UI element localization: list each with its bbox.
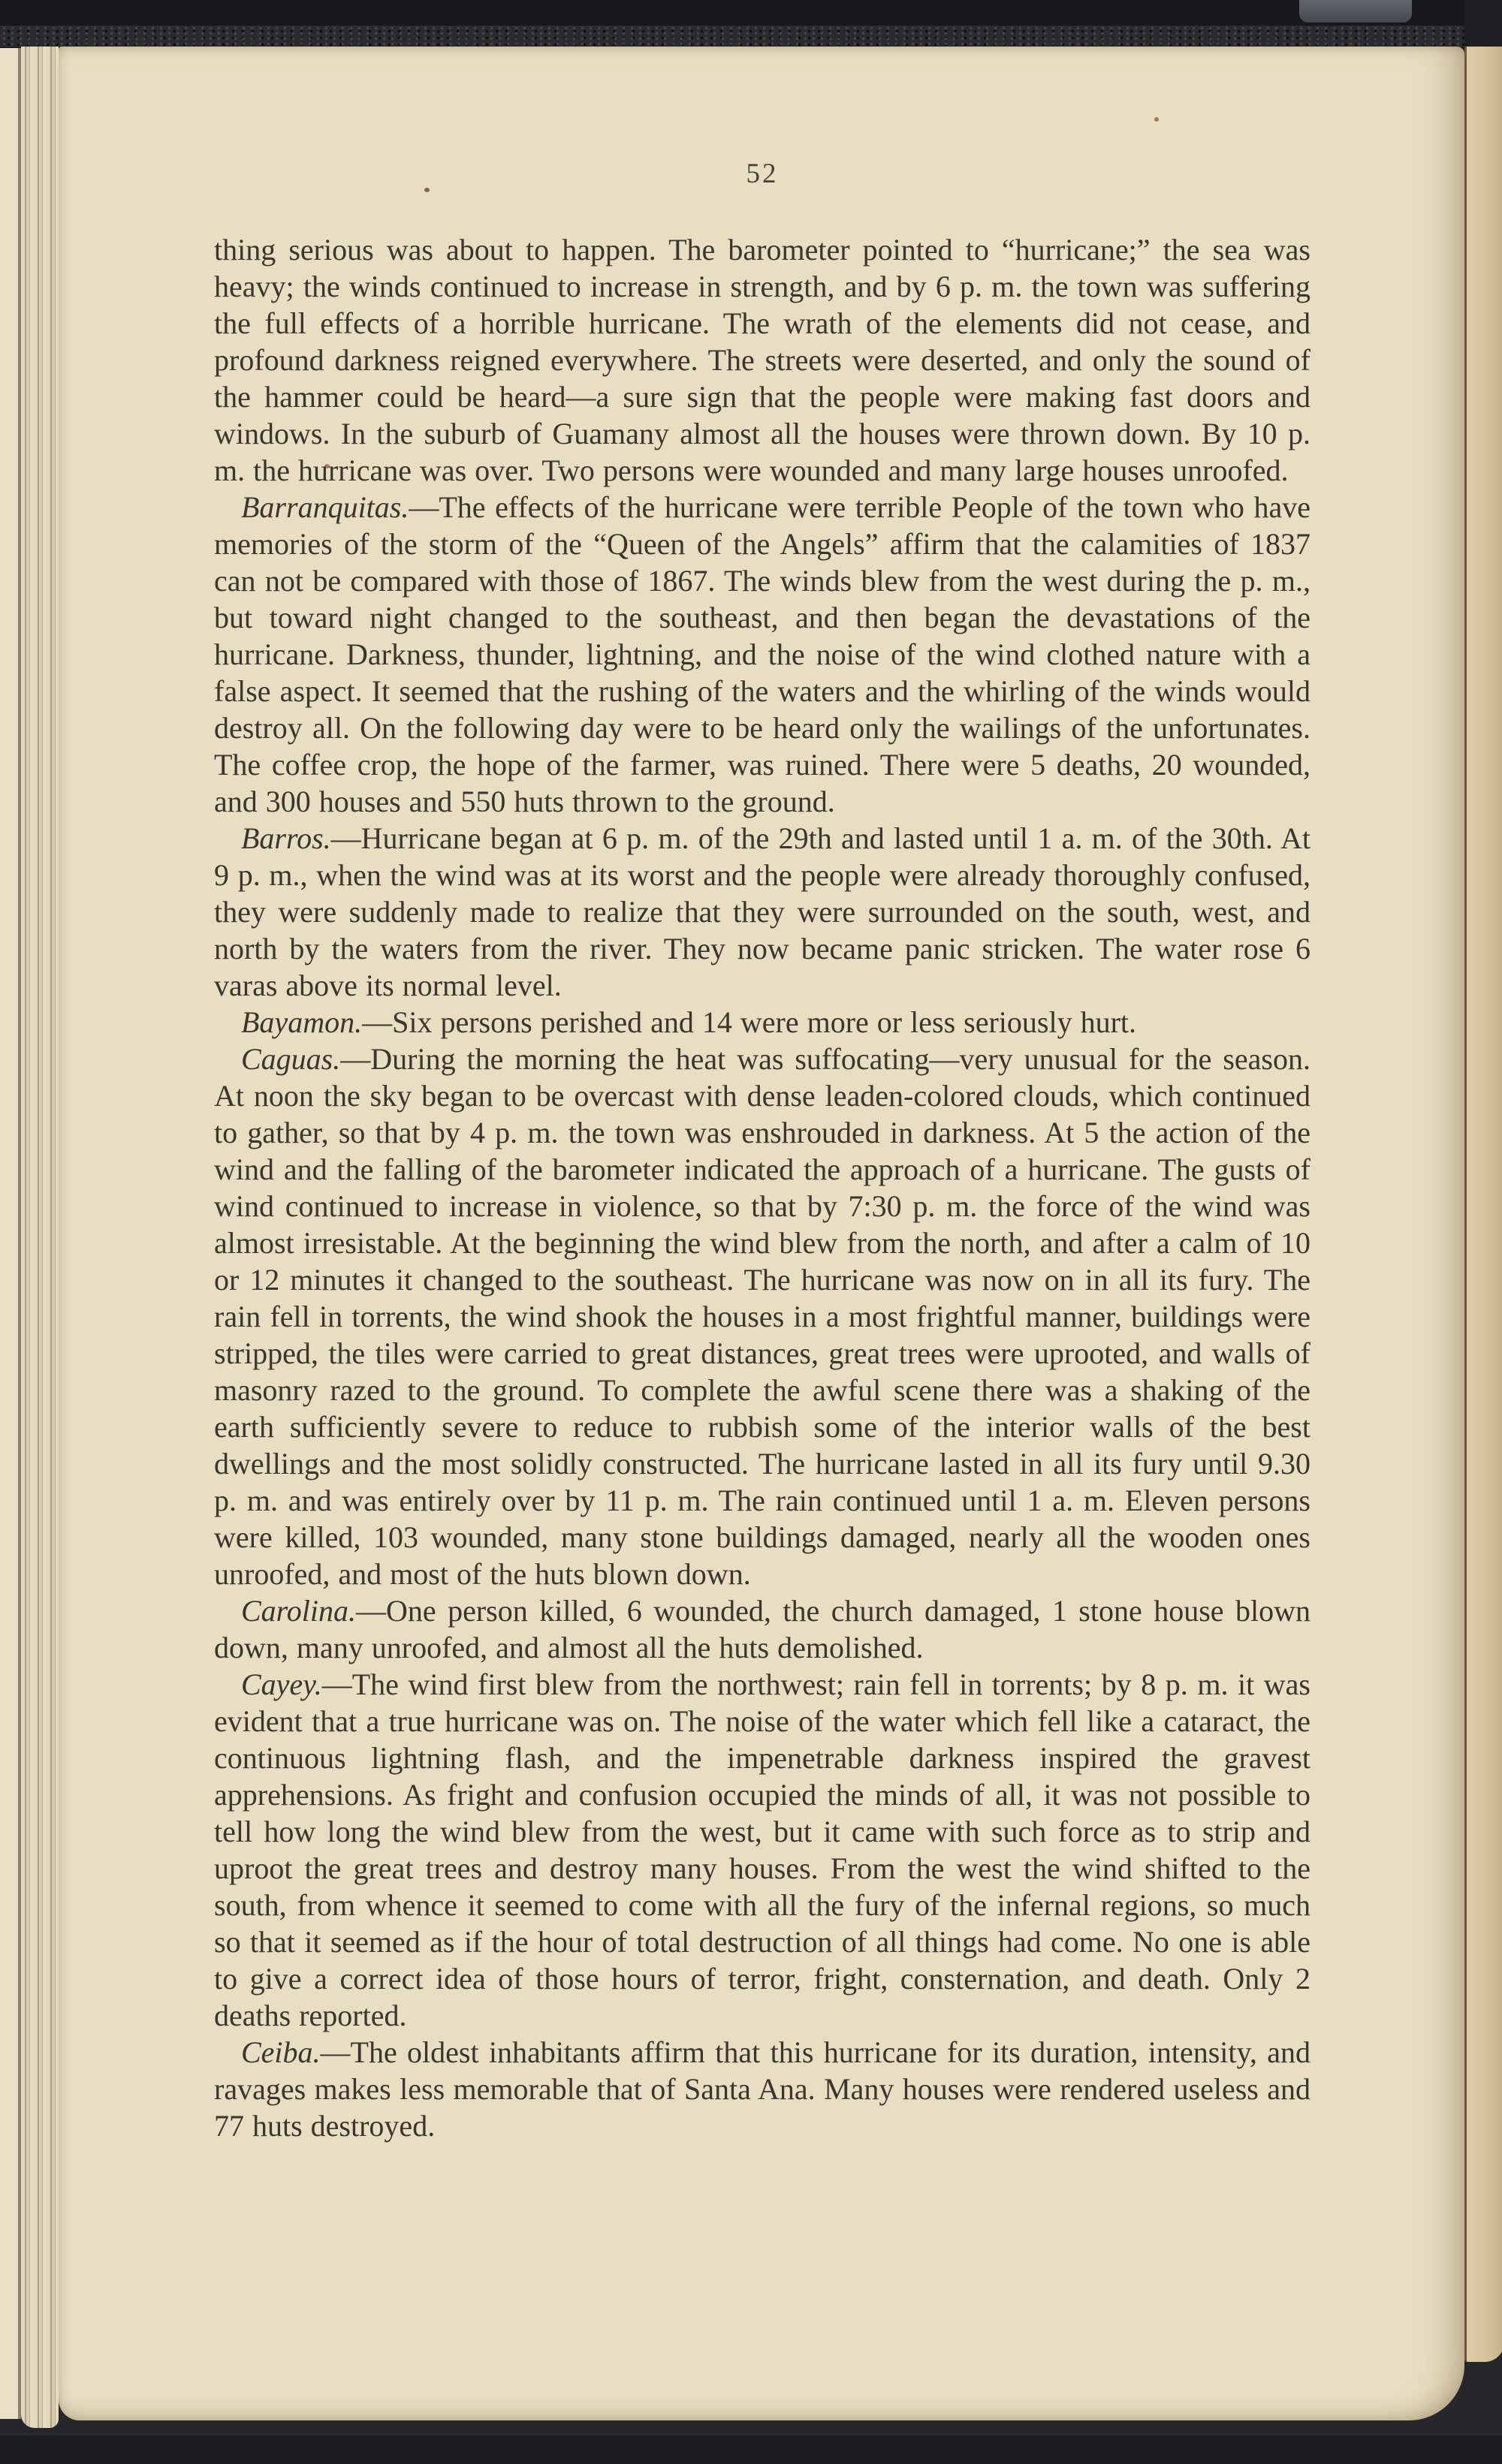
paragraph-carolina: Carolina.—One person killed, 6 wounded, …: [214, 1592, 1310, 1666]
town-name: Carolina.: [241, 1594, 356, 1628]
paragraph-text: —Six persons perished and 14 were more o…: [362, 1005, 1136, 1039]
paragraph-text: —The effects of the hurricane were terri…: [214, 490, 1310, 818]
book-cover-highlight: [1299, 0, 1412, 23]
book-cover-top: [0, 0, 1502, 27]
next-page-edge: [1464, 47, 1502, 2362]
town-name: Barranquitas.: [241, 490, 409, 524]
paragraph-barranquitas: Barranquitas.—The effects of the hurrica…: [214, 489, 1310, 820]
town-name: Cayey.: [241, 1667, 322, 1701]
book-cover-bottom: [0, 2435, 1502, 2464]
paragraph-text: thing serious was about to happen. The b…: [214, 233, 1310, 487]
paper-speck: [1154, 117, 1159, 122]
page-number: 52: [214, 158, 1310, 190]
paragraph-text: —The oldest inhabitants affirm that this…: [214, 2035, 1310, 2143]
town-name: Ceiba.: [241, 2035, 321, 2069]
book-cover-leather-texture: [0, 26, 1502, 49]
paragraph-caguas: Caguas.—During the morning the heat was …: [214, 1041, 1310, 1592]
page-text-block: thing serious was about to happen. The b…: [214, 231, 1310, 2144]
paragraph-text: —During the morning the heat was suffoca…: [214, 1042, 1310, 1591]
paragraph-text: —Hurricane began at 6 p. m. of the 29th …: [214, 821, 1310, 1002]
opposite-page-edge: [0, 48, 21, 2419]
town-name: Bayamon.: [241, 1005, 362, 1039]
town-name: Caguas.: [241, 1042, 340, 1076]
town-name: Barros.: [241, 821, 331, 855]
paragraph-continuation: thing serious was about to happen. The b…: [214, 231, 1310, 489]
paragraph-text: —One person killed, 6 wounded, the churc…: [214, 1594, 1310, 1664]
paragraph-barros: Barros.—Hurricane began at 6 p. m. of th…: [214, 820, 1310, 1004]
paragraph-text: —The wind first blew from the northwest;…: [214, 1667, 1310, 2032]
page-stack-edges: [21, 47, 59, 2428]
paragraph-ceiba: Ceiba.—The oldest inhabitants affirm tha…: [214, 2034, 1310, 2144]
book-page: 52 thing serious was about to happen. Th…: [59, 47, 1464, 2420]
paragraph-bayamon: Bayamon.—Six persons perished and 14 wer…: [214, 1004, 1310, 1041]
paragraph-cayey: Cayey.—The wind first blew from the nort…: [214, 1666, 1310, 2034]
